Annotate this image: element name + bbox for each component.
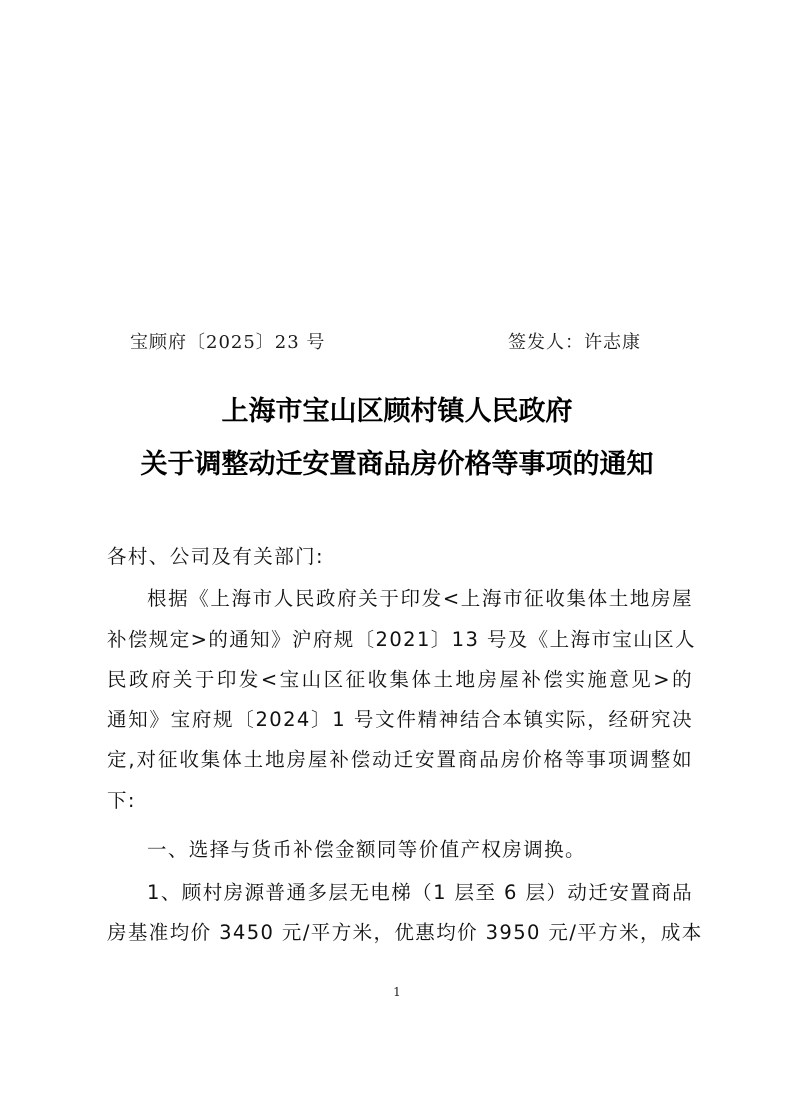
body-line: 补偿规定>的通知》沪府规〔2021〕13 号及《上海市宝山区人 <box>107 630 693 650</box>
body-line: 根据《上海市人民政府关于印发<上海市征收集体土地房屋 <box>147 589 693 609</box>
document-number: 宝顾府〔2025〕23 号 <box>130 334 325 352</box>
body-line: 1、顾村房源普通多层无电梯（1 层至 6 层）动迁安置商品 <box>147 883 693 903</box>
document-title-line-2: 关于调整动迁安置商品房价格等事项的通知 <box>0 451 794 478</box>
salutation: 各村、公司及有关部门: <box>107 547 324 567</box>
body-line: 民政府关于印发<宝山区征收集体土地房屋补偿实施意见>的 <box>107 670 693 690</box>
body-line: 下: <box>107 791 136 811</box>
body-line: 通知》宝府规〔2024〕1 号文件精神结合本镇实际，经研究决 <box>107 710 693 730</box>
body-line: 定,对征收集体土地房屋补偿动迁安置商品房价格等事项调整如 <box>107 750 693 770</box>
body-line: 房基准均价 3450 元/平方米，优惠均价 3950 元/平方米，成本 <box>107 923 693 943</box>
page-number: 1 <box>0 986 794 998</box>
document-title-line-1: 上海市宝山区顾村镇人民政府 <box>0 398 794 425</box>
section-heading: 一、选择与货币补偿金额同等价值产权房调换。 <box>147 840 586 860</box>
signer: 签发人：许志康 <box>508 334 641 352</box>
document-page: 宝顾府〔2025〕23 号 签发人：许志康 上海市宝山区顾村镇人民政府 关于调整… <box>0 0 794 1093</box>
